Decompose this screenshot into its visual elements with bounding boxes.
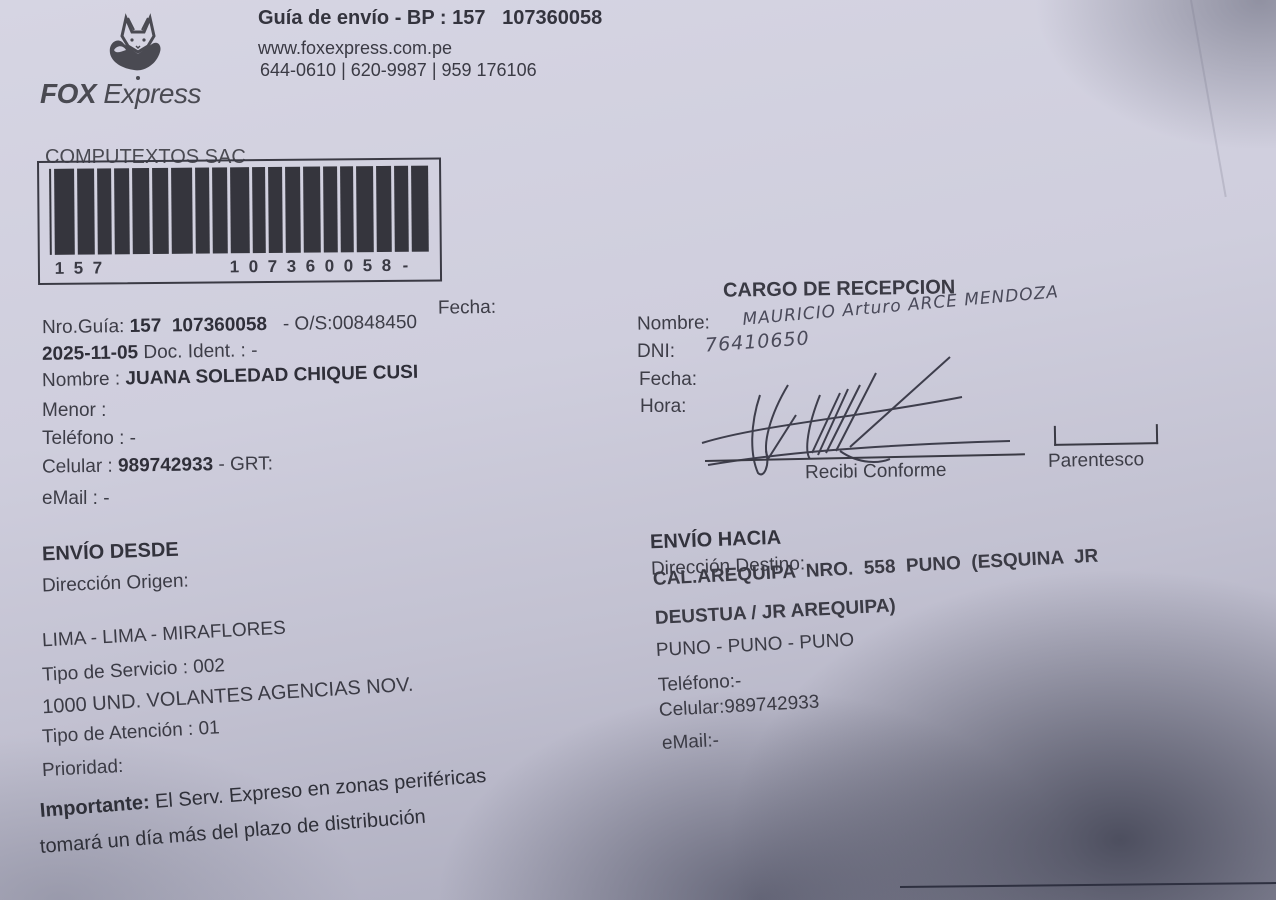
grt-label: - GRT: [218,453,273,475]
email-line: eMail : - [42,488,110,510]
parentesco-label: Parentesco [1048,449,1144,473]
fox-head-icon [98,10,178,82]
origin-heading: ENVÍO DESDE [42,539,179,567]
brand-name: FOX Express [40,78,201,110]
barcode-bar [213,167,228,253]
contact-phones: 644-0610 | 620-9987 | 959 176106 [260,60,537,81]
doc-ident: Doc. Ident. : - [143,340,257,363]
barcode-bar [152,168,169,254]
website-link: www.foxexpress.com.pe [258,38,452,59]
barcode-bar [132,168,149,254]
barcode-digit: 0 [320,256,339,276]
fecha-value: 2025-11-05 [42,342,139,365]
prioridad-label: Prioridad: [41,756,123,782]
barcode-digit: - [396,256,415,276]
barcode-bar [303,167,320,253]
barcode-bar [323,166,338,252]
parentesco-box [1054,424,1158,446]
barcode-digit: 1 [225,257,244,277]
barcode-bar [340,166,354,252]
barcode-gap [107,257,225,278]
barcode-bar [411,166,428,252]
barcode-digit: 1 [50,259,69,279]
reception-dni-label: DNI: [637,341,675,363]
destination-telefono: Teléfono:- [657,671,741,697]
barcode-bar [97,168,112,254]
fox-express-logo: FOX Express [36,8,246,108]
barcode-digit: 5 [69,259,88,279]
barcode-bar [195,167,210,253]
barcode-bar [252,167,266,253]
barcode-digit: 8 [377,256,396,276]
barcode-bar [356,166,373,252]
barcode-bar [49,169,52,255]
celular-label: Celular : [42,456,113,478]
barcode-bar [54,169,75,255]
barcode-bars [49,166,432,255]
nro-guia-value: 157 107360058 [130,314,268,337]
barcode-bar [268,167,283,253]
barcode-digit: 0 [244,257,263,277]
destination-email: eMail:- [661,730,719,755]
telefono-line: Teléfono : - [42,428,136,450]
barcode: 157107360058- [37,157,442,285]
barcode-bar [171,168,192,254]
barcode-digit: 6 [301,257,320,277]
barcode-bar [376,166,391,252]
menor-label: Menor : [42,400,106,422]
reception-nombre-label: Nombre: [637,312,710,335]
barcode-digit: 5 [358,256,377,276]
barcode-digits: 157107360058- [50,256,432,279]
reception-fecha-label: Fecha: [639,369,697,391]
nombre-label: Nombre : [42,368,121,391]
recibi-conforme-label: Recibi Conforme [805,460,947,484]
barcode-digit: 7 [88,258,107,278]
barcode-bar [285,167,300,253]
celular-line: Celular : 989742933 - GRT: [42,453,273,478]
fecha-label: Fecha: [438,297,496,319]
reception-hora-label: Hora: [640,396,686,418]
celular-value: 989742933 [118,454,213,476]
date-doc-line: 2025-11-05 Doc. Ident. : - [42,340,258,366]
barcode-bar [77,169,94,255]
barcode-bar [230,167,249,253]
os-number: - O/S:00848450 [283,312,417,335]
barcode-digit: 7 [263,257,282,277]
barcode-bar [115,168,130,254]
nro-guia-label: Nro.Guía: [42,316,125,338]
barcode-bar [394,166,409,252]
barcode-digit: 0 [339,256,358,276]
destination-heading: ENVÍO HACIA [650,527,782,555]
guide-title: Guía de envío - BP : 157 107360058 [258,7,602,30]
barcode-digit: 3 [282,257,301,277]
